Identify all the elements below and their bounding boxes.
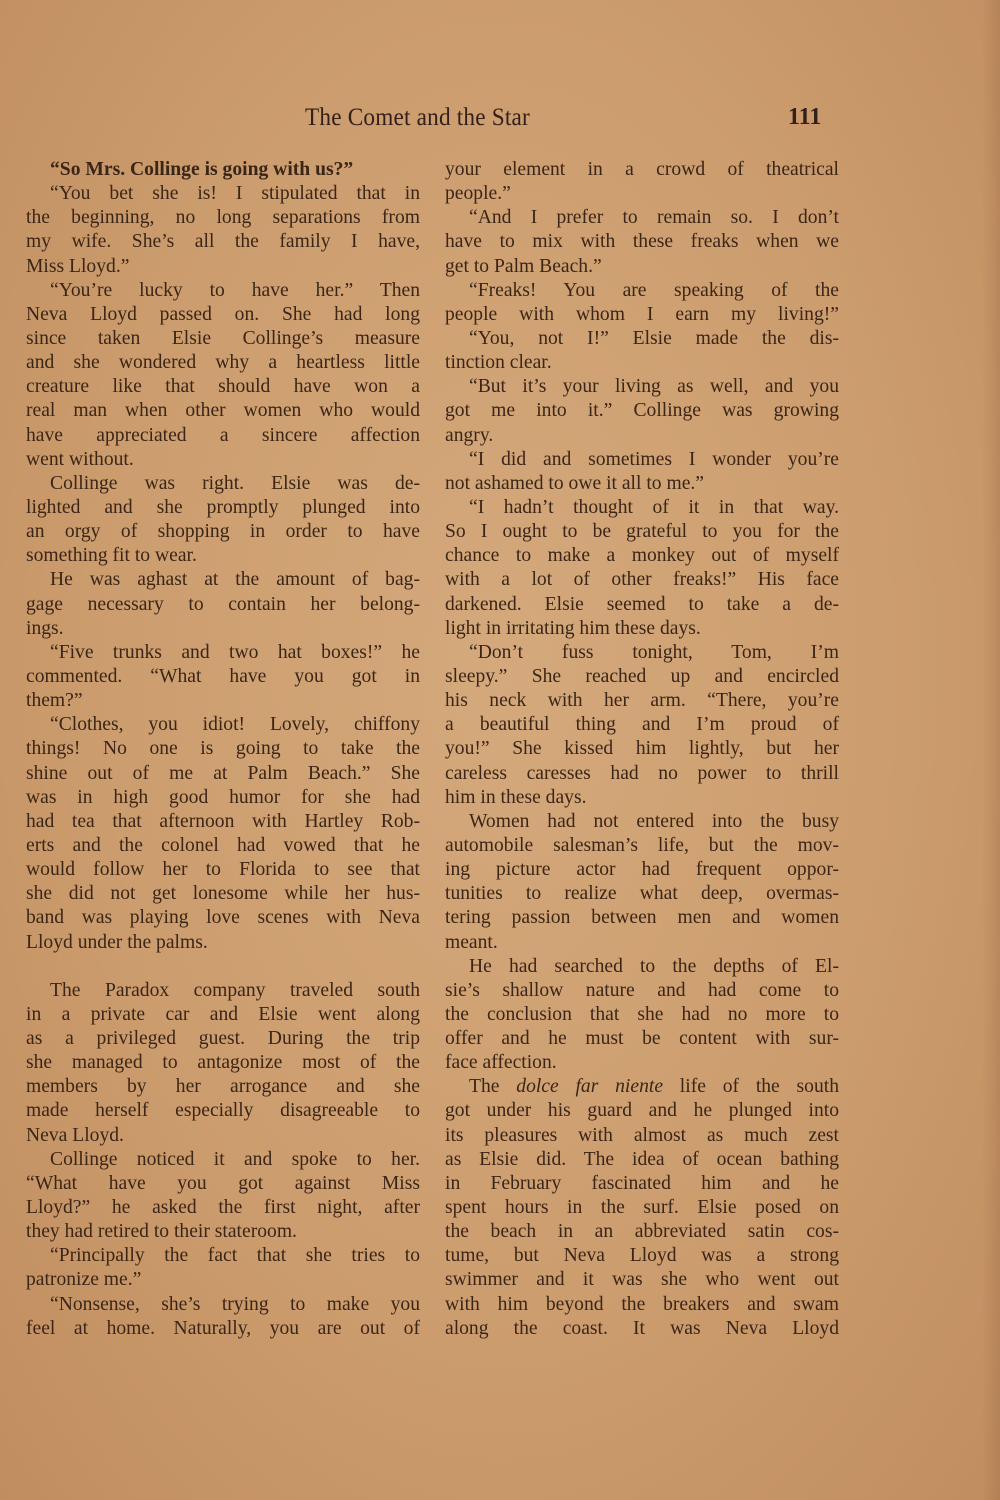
- page-edge-shadow: [982, 0, 1000, 1500]
- text-line: ings.: [26, 617, 420, 641]
- text-line: sie’s shallow nature and had come to: [445, 979, 839, 1003]
- text-line: get to Palm Beach.”: [445, 255, 839, 279]
- text-line: tume, but Neva Lloyd was a strong: [445, 1244, 839, 1268]
- text-line: “And I prefer to remain so. I don’t: [445, 206, 839, 230]
- text-line: ing picture actor had frequent oppor-: [445, 858, 839, 882]
- text-line: and she wondered why a heartless little: [26, 351, 420, 375]
- text-line: patronize me.”: [26, 1268, 420, 1292]
- text-line: had tea that afternoon with Hartley Rob-: [26, 810, 420, 834]
- text-line: automobile salesman’s life, but the mov-: [445, 834, 839, 858]
- text-line: Collinge was right. Elsie was de-: [26, 472, 420, 496]
- text-line: “But it’s your living as well, and you: [445, 375, 839, 399]
- text-line: creature like that should have won a: [26, 375, 420, 399]
- text-line: made herself especially disagreeable to: [26, 1099, 420, 1123]
- text-line: “You bet she is! I stipulated that in: [26, 182, 420, 206]
- text-line: in a private car and Elsie went along: [26, 1003, 420, 1027]
- text-line: tinction clear.: [445, 351, 839, 375]
- text-line: she did not get lonesome while her hus-: [26, 882, 420, 906]
- text-line: Women had not entered into the busy: [445, 810, 839, 834]
- text-line: Neva Lloyd passed on. She had long: [26, 303, 420, 327]
- text-line: have appreciated a sincere affection: [26, 424, 420, 448]
- text-line: commented. “What have you got in: [26, 665, 420, 689]
- text-line: them?”: [26, 689, 420, 713]
- text-line: him in these days.: [445, 786, 839, 810]
- text-line: He was aghast at the amount of bag-: [26, 568, 420, 592]
- text-line: sleepy.” She reached up and encircled: [445, 665, 839, 689]
- text-line: members by her arrogance and she: [26, 1075, 420, 1099]
- text-line: with him beyond the breakers and swam: [445, 1293, 839, 1317]
- text-line: The dolce far niente life of the south: [445, 1075, 839, 1099]
- text-line: would follow her to Florida to see that: [26, 858, 420, 882]
- text-line: The Paradox company traveled south: [26, 979, 420, 1003]
- text-line: an orgy of shopping in order to have: [26, 520, 420, 544]
- text-line: along the coast. It was Neva Lloyd: [445, 1317, 839, 1341]
- text-line: shine out of me at Palm Beach.” She: [26, 762, 420, 786]
- text-line: Neva Lloyd.: [26, 1124, 420, 1148]
- text-line: Lloyd?” he asked the first night, after: [26, 1196, 420, 1220]
- text-run: The: [469, 1076, 516, 1097]
- italic-phrase: dolce far niente: [516, 1076, 663, 1097]
- text-line: people.”: [445, 182, 839, 206]
- text-line: got me into it.” Collinge was growing: [445, 399, 839, 423]
- text-line: in February fascinated him and he: [445, 1172, 839, 1196]
- text-line: “What have you got against Miss: [26, 1172, 420, 1196]
- text-line: was in high good humor for she had: [26, 786, 420, 810]
- text-line: she managed to antagonize most of the: [26, 1051, 420, 1075]
- text-line: things! No one is going to take the: [26, 737, 420, 761]
- text-line: a beautiful thing and I’m proud of: [445, 713, 839, 737]
- running-title: The Comet and the Star: [305, 104, 530, 132]
- right-text-column: your element in a crowd of theatricalpeo…: [445, 158, 839, 1341]
- page-header: The Comet and the Star 111: [0, 104, 1000, 138]
- text-line: “Five trunks and two hat boxes!” he: [26, 641, 420, 665]
- text-line: So I ought to be grateful to you for the: [445, 520, 839, 544]
- section-break: [26, 955, 420, 979]
- text-line: light in irritating him these days.: [445, 617, 839, 641]
- text-line: Miss Lloyd.”: [26, 255, 420, 279]
- text-line: went without.: [26, 448, 420, 472]
- page-number: 111: [788, 104, 821, 131]
- text-line: its pleasures with almost as much zest: [445, 1124, 839, 1148]
- text-line: spent hours in the surf. Elsie posed on: [445, 1196, 839, 1220]
- text-line: as a privileged guest. During the trip: [26, 1027, 420, 1051]
- text-line: something fit to wear.: [26, 544, 420, 568]
- text-line: chance to make a monkey out of myself: [445, 544, 839, 568]
- text-line: face affection.: [445, 1051, 839, 1075]
- text-line: “I did and sometimes I wonder you’re: [445, 448, 839, 472]
- text-line: Lloyd under the palms.: [26, 931, 420, 955]
- text-line: He had searched to the depths of El-: [445, 955, 839, 979]
- text-line: as Elsie did. The idea of ocean bathing: [445, 1148, 839, 1172]
- text-line: lighted and she promptly plunged into: [26, 496, 420, 520]
- text-line: my wife. She’s all the family I have,: [26, 230, 420, 254]
- text-line: “Nonsense, she’s trying to make you: [26, 1293, 420, 1317]
- text-line: they had retired to their stateroom.: [26, 1220, 420, 1244]
- text-line: the beach in an abbreviated satin cos-: [445, 1220, 839, 1244]
- text-line: his neck with her arm. “There, you’re: [445, 689, 839, 713]
- text-line: Collinge noticed it and spoke to her.: [26, 1148, 420, 1172]
- text-line: feel at home. Naturally, you are out of: [26, 1317, 420, 1341]
- text-line: “You, not I!” Elsie made the dis-: [445, 327, 839, 351]
- text-line: erts and the colonel had vowed that he: [26, 834, 420, 858]
- text-line: “Clothes, you idiot! Lovely, chiffony: [26, 713, 420, 737]
- text-line: gage necessary to contain her belong-: [26, 593, 420, 617]
- text-line: people with whom I earn my living!”: [445, 303, 839, 327]
- text-run: life of the south: [663, 1076, 839, 1097]
- left-text-column: “So Mrs. Collinge is going with us?”“You…: [26, 158, 420, 1341]
- text-line: you!” She kissed him lightly, but her: [445, 737, 839, 761]
- text-line: the beginning, no long separations from: [26, 206, 420, 230]
- text-line: the conclusion that she had no more to: [445, 1003, 839, 1027]
- text-line: got under his guard and he plunged into: [445, 1099, 839, 1123]
- text-line: real man when other women who would: [26, 399, 420, 423]
- text-line: offer and he must be content with sur-: [445, 1027, 839, 1051]
- text-line: careless caresses had no power to thrill: [445, 762, 839, 786]
- text-line: “So Mrs. Collinge is going with us?”: [26, 158, 420, 182]
- text-line: not ashamed to owe it all to me.”: [445, 472, 839, 496]
- text-line: tering passion between men and women: [445, 906, 839, 930]
- text-line: have to mix with these freaks when we: [445, 230, 839, 254]
- text-line: meant.: [445, 931, 839, 955]
- text-line: tunities to realize what deep, overmas-: [445, 882, 839, 906]
- text-line: “Freaks! You are speaking of the: [445, 279, 839, 303]
- text-line: band was playing love scenes with Neva: [26, 906, 420, 930]
- text-line: angry.: [445, 424, 839, 448]
- text-line: swimmer and it was she who went out: [445, 1268, 839, 1292]
- text-line: your element in a crowd of theatrical: [445, 158, 839, 182]
- text-line: “You’re lucky to have her.” Then: [26, 279, 420, 303]
- text-line: darkened. Elsie seemed to take a de-: [445, 593, 839, 617]
- text-line: with a lot of other freaks!” His face: [445, 568, 839, 592]
- text-line: “Don’t fuss tonight, Tom, I’m: [445, 641, 839, 665]
- text-line: “Principally the fact that she tries to: [26, 1244, 420, 1268]
- text-line: since taken Elsie Collinge’s measure: [26, 327, 420, 351]
- text-line: “I hadn’t thought of it in that way.: [445, 496, 839, 520]
